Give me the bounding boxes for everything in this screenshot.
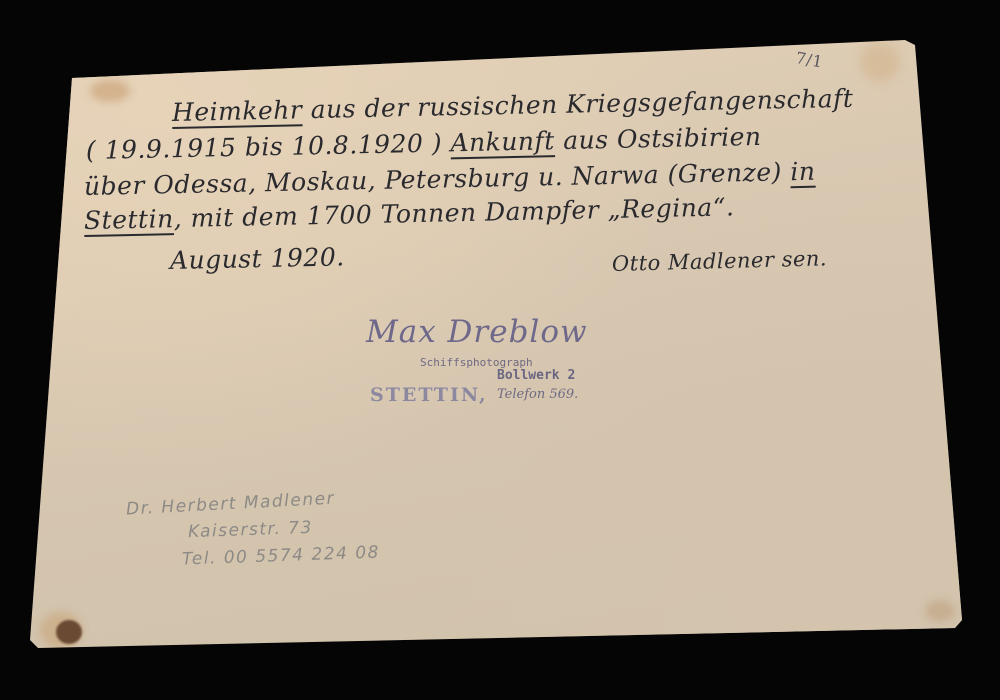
pencil-note-line-3: Tel. 00 5574 224 08 [182, 543, 381, 570]
signature: Otto Madlener sen. [612, 246, 828, 276]
underlined-word: Ankunft [450, 126, 555, 157]
stain-top-right [860, 42, 900, 82]
stamp-city: STETTIN, [370, 384, 488, 406]
stain-bottom-right [925, 600, 955, 622]
handwriting-line-5: August 1920. [170, 242, 345, 275]
postcard-back: 7/1 Heimkehr aus der russischen Kriegsge… [0, 0, 1000, 700]
reference-mark: 7/1 [794, 48, 824, 71]
stain-top-left [90, 80, 130, 102]
handwriting-line-1: Heimkehr aus der russischen Kriegsgefang… [172, 84, 854, 127]
underlined-word: Heimkehr [172, 95, 303, 127]
underlined-word: Stettin [84, 204, 174, 235]
stamp-photographer-name: Max Dreblow [366, 314, 588, 350]
pencil-note-line-1: Dr. Herbert Madlener [126, 489, 336, 520]
pencil-note-line-2: Kaiserstr. 73 [188, 518, 314, 542]
stain-bottom-left-spot [56, 620, 82, 644]
underlined-word: in [790, 157, 816, 187]
stamp-street: Bollwerk 2 [497, 368, 575, 383]
stamp-phone: Telefon 569. [497, 387, 578, 402]
handwriting-line-2: ( 19.9.1915 bis 10.8.1920 ) Ankunft aus … [86, 122, 762, 165]
